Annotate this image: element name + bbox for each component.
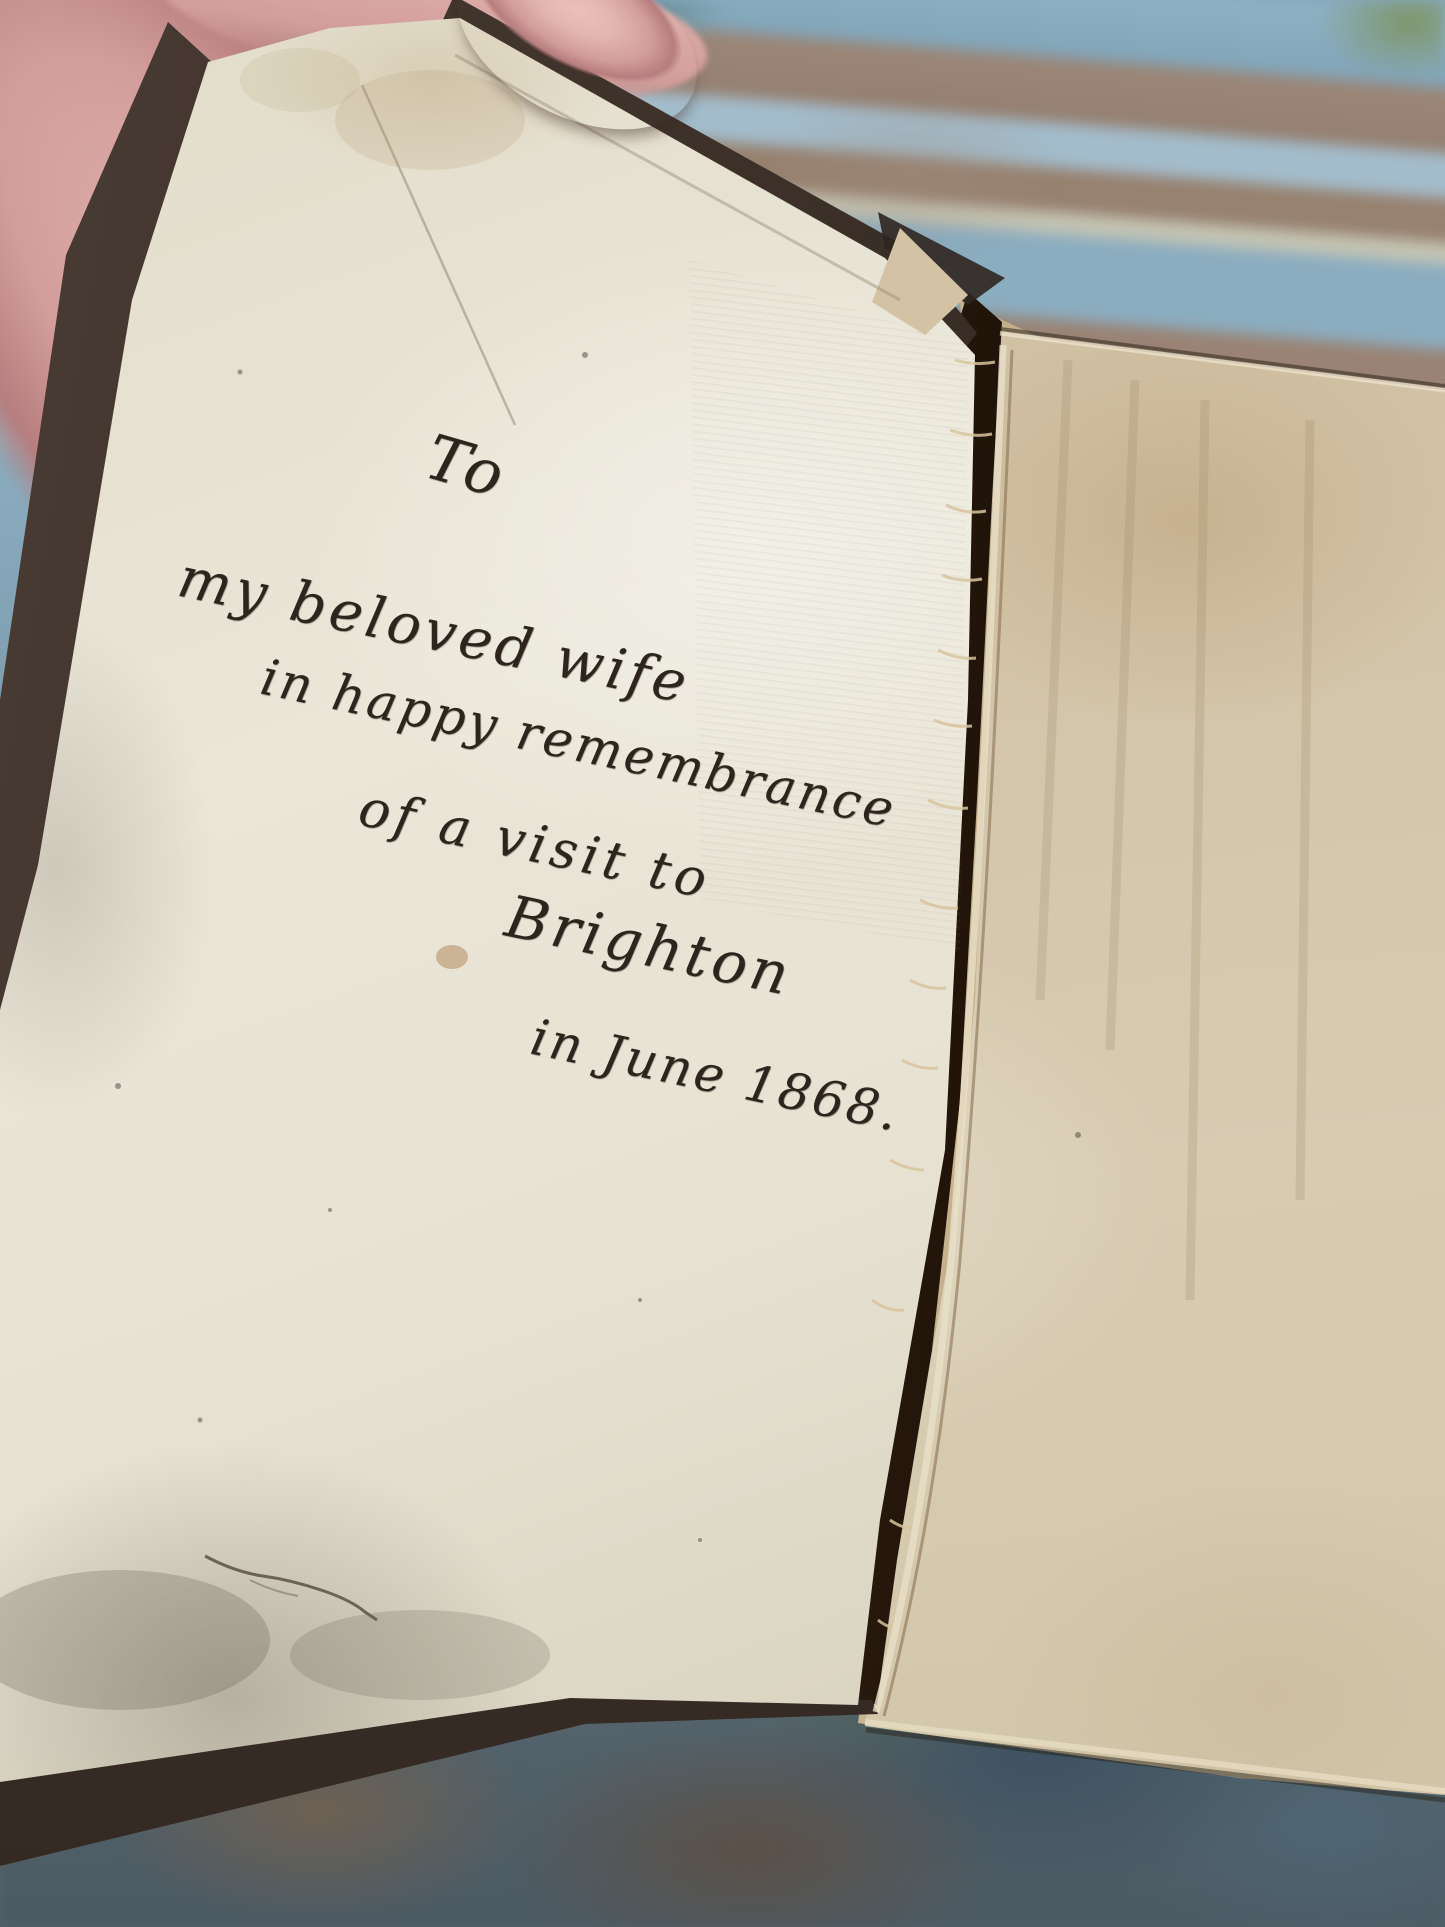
left-page-stain	[240, 48, 360, 112]
right-page-bottom-edge	[865, 1722, 1445, 1791]
gutter-ridge	[876, 345, 1003, 1712]
right-page-bottom-shadow	[866, 1730, 1445, 1800]
left-page-bottom-stain	[290, 1610, 550, 1700]
right-page-streaks	[1040, 360, 1310, 1300]
left-page-bottom-stain	[0, 1570, 270, 1710]
photo: To my beloved wife in happy remembrance …	[0, 0, 1445, 1927]
spine-frays	[872, 360, 995, 1628]
left-page-foxing	[436, 945, 468, 969]
left-page-stain	[335, 70, 525, 170]
